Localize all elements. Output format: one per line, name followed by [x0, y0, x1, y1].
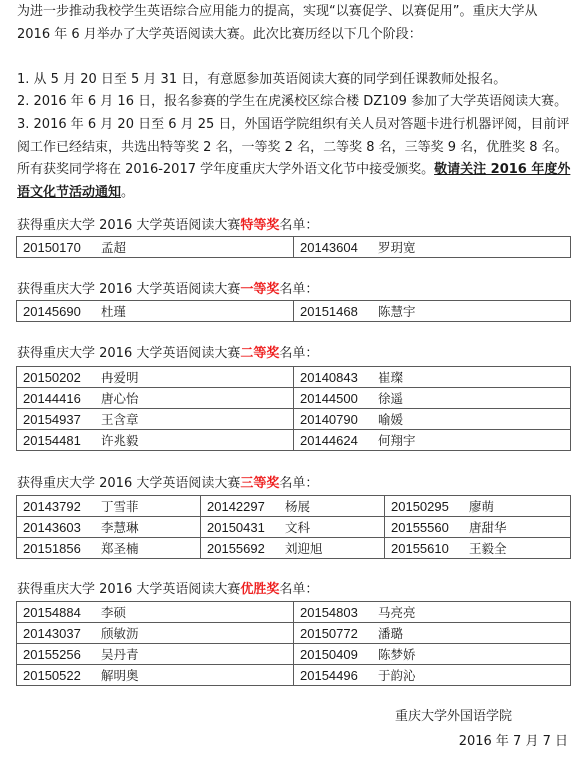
table-cell: 20150170孟超 [17, 237, 294, 258]
table-third: 20143792丁雪菲 20142297杨展 20150295廖萌 201436… [16, 495, 571, 559]
intro-paragraph: 为进一步推动我校学生英语综合应用能力的提高，实现“以赛促学、以赛促用”。重庆大学… [17, 1, 572, 46]
table-cell: 20155560唐甜华 [385, 517, 571, 538]
signature-date: 2016 年 7 月 7 日 [459, 734, 568, 750]
table-cell: 20155610王毅全 [385, 538, 571, 559]
table-cell: 20145690杜瑾 [17, 301, 294, 322]
table-cell: 20155256吴丹青 [17, 644, 294, 665]
table-row: 20143037颀敏沥 20150772潘璐 [17, 623, 571, 644]
table-cell: 20154884李硕 [17, 602, 294, 623]
award-name: 优胜奖 [240, 582, 279, 597]
award-name: 二等奖 [240, 346, 279, 361]
table-row: 20143792丁雪菲 20142297杨展 20150295廖萌 [17, 496, 571, 517]
table-row: 20154937王含章 20140790喻媛 [17, 409, 571, 430]
blank-line [17, 46, 572, 69]
stage-item-3: 3. 2016 年 6 月 20 日至 6 月 25 日，外国语学院组织有关人员… [17, 114, 572, 204]
table-cell: 20150202冉爱明 [17, 367, 294, 388]
table-cell: 20154803马亮亮 [294, 602, 571, 623]
table-cell: 20155692刘迎旭 [201, 538, 385, 559]
table-row: 20150170孟超 20143604罗玥宽 [17, 237, 571, 258]
stage-item-3-end: 。 [121, 185, 134, 200]
award-name: 一等奖 [240, 282, 279, 297]
table-cell: 20150431文科 [201, 517, 385, 538]
table-cell: 20140843崔璨 [294, 367, 571, 388]
section-heading-special: 获得重庆大学 2016 大学英语阅读大赛特等奖名单： [17, 218, 318, 234]
table-cell: 20154481许兆毅 [17, 430, 294, 451]
table-cell: 20143604罗玥宽 [294, 237, 571, 258]
section-heading-third: 获得重庆大学 2016 大学英语阅读大赛三等奖名单： [17, 476, 318, 492]
table-cell: 20150295廖萌 [385, 496, 571, 517]
table-cell: 20143792丁雪菲 [17, 496, 201, 517]
table-special: 20150170孟超 20143604罗玥宽 [16, 236, 571, 258]
award-name: 特等奖 [240, 218, 279, 233]
table-cell: 20150772潘璐 [294, 623, 571, 644]
table-cell: 20144500徐遥 [294, 388, 571, 409]
table-first: 20145690杜瑾 20151468陈慧宇 [16, 300, 571, 322]
table-row: 20154481许兆毅 20144624何翔宇 [17, 430, 571, 451]
table-cell: 20140790喻媛 [294, 409, 571, 430]
table-cell: 20154937王含章 [17, 409, 294, 430]
intro-block: 为进一步推动我校学生英语综合应用能力的提高，实现“以赛促学、以赛促用”。重庆大学… [17, 1, 572, 204]
table-cell: 20150409陈梦娇 [294, 644, 571, 665]
table-second: 20150202冉爱明 20140843崔璨 20144416唐心怡 20144… [16, 366, 571, 451]
stage-item-1: 1. 从 5 月 20 日至 5 月 31 日，有意愿参加英语阅读大赛的同学到任… [17, 69, 572, 92]
table-cell: 20144624何翔宇 [294, 430, 571, 451]
table-row: 20144416唐心怡 20144500徐遥 [17, 388, 571, 409]
table-row: 20145690杜瑾 20151468陈慧宇 [17, 301, 571, 322]
table-row: 20151856郑圣楠 20155692刘迎旭 20155610王毅全 [17, 538, 571, 559]
table-merit: 20154884李硕 20154803马亮亮 20143037颀敏沥 20150… [16, 601, 571, 686]
table-cell: 20143603李慧琳 [17, 517, 201, 538]
table-cell: 20144416唐心怡 [17, 388, 294, 409]
stage-item-2: 2. 2016 年 6 月 16 日，报名参赛的学生在虎溪校区综合楼 DZ109… [17, 91, 572, 114]
section-heading-merit: 获得重庆大学 2016 大学英语阅读大赛优胜奖名单： [17, 582, 318, 598]
table-row: 20155256吴丹青 20150409陈梦娇 [17, 644, 571, 665]
table-row: 20143603李慧琳 20150431文科 20155560唐甜华 [17, 517, 571, 538]
table-cell: 20151468陈慧宇 [294, 301, 571, 322]
table-cell: 20151856郑圣楠 [17, 538, 201, 559]
section-heading-second: 获得重庆大学 2016 大学英语阅读大赛二等奖名单： [17, 346, 318, 362]
table-row: 20150202冉爱明 20140843崔璨 [17, 367, 571, 388]
table-cell: 20142297杨展 [201, 496, 385, 517]
table-cell: 20154496于韵沁 [294, 665, 571, 686]
table-cell: 20150522解明奥 [17, 665, 294, 686]
signature-org: 重庆大学外国语学院 [395, 709, 512, 725]
table-row: 20150522解明奥 20154496于韵沁 [17, 665, 571, 686]
table-cell: 20143037颀敏沥 [17, 623, 294, 644]
section-heading-first: 获得重庆大学 2016 大学英语阅读大赛一等奖名单： [17, 282, 318, 298]
award-name: 三等奖 [240, 476, 279, 491]
table-row: 20154884李硕 20154803马亮亮 [17, 602, 571, 623]
